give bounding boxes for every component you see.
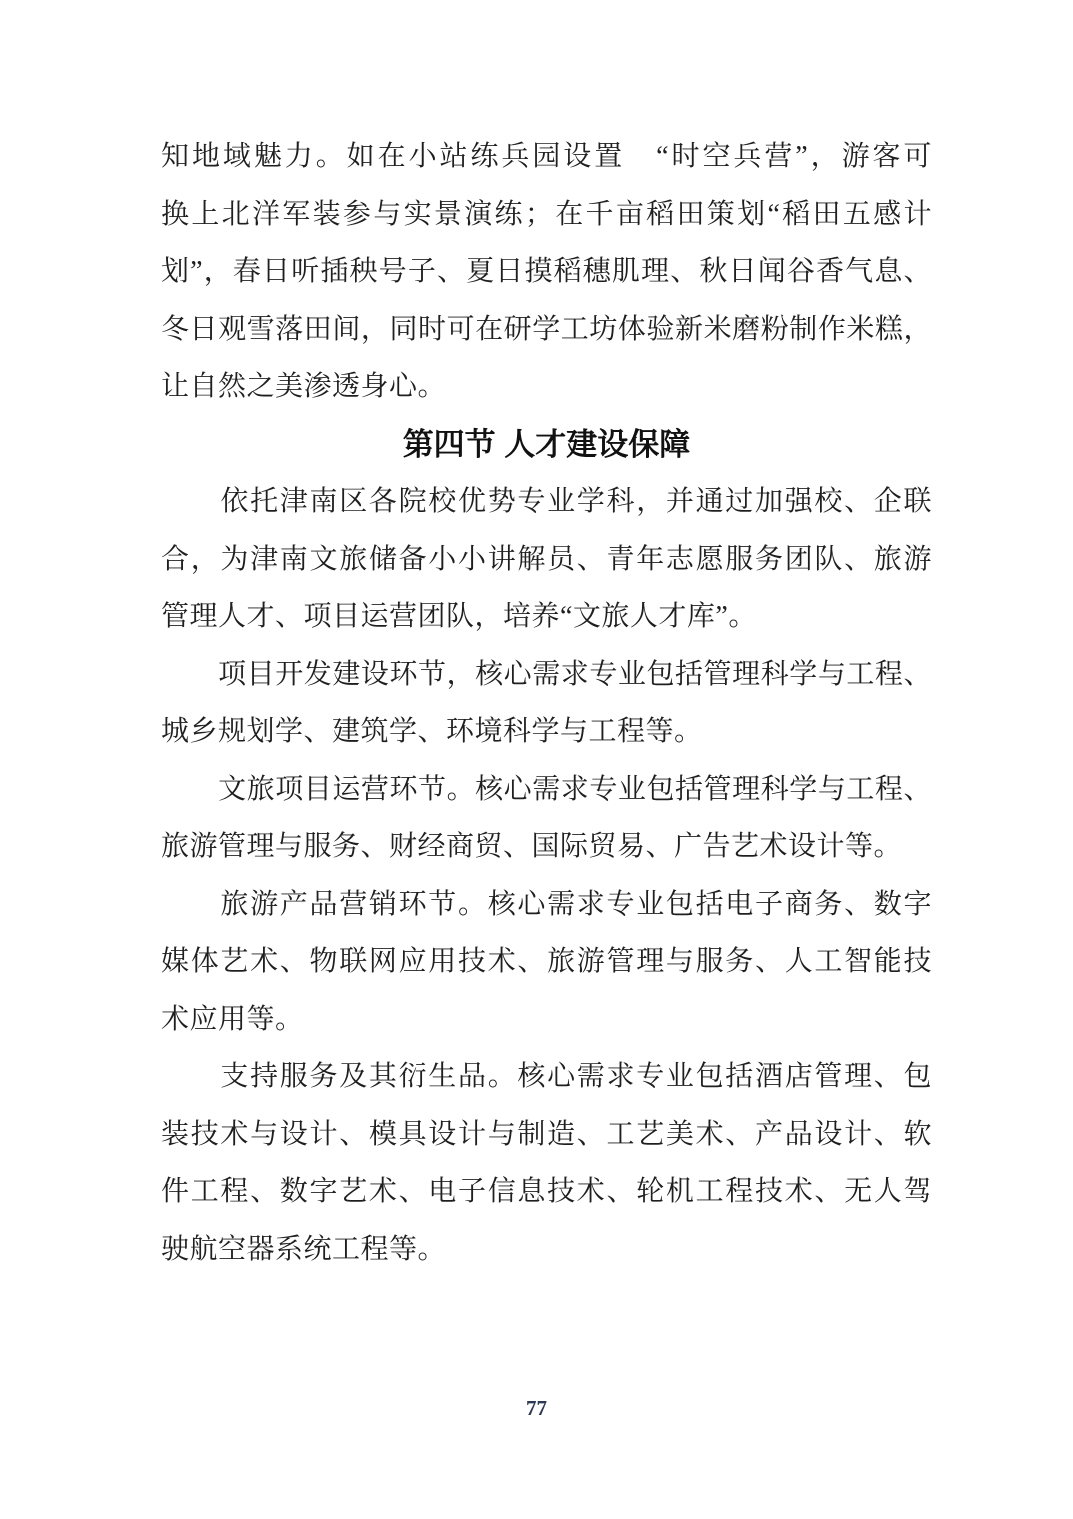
text-line: 让自然之美渗透身心。: [161, 358, 932, 416]
text-line: 冬日观雪落田间，同时可在研学工坊体验新米磨粉制作米糕，: [161, 301, 932, 359]
text-line: 城乡规划学、建筑学、环境科学与工程等。: [161, 703, 932, 761]
text-line: 项目开发建设环节，核心需求专业包括管理科学与工程、: [161, 646, 932, 704]
text-line: 换上北洋军装参与实景演练；在千亩稻田策划“稻田五感计: [161, 186, 932, 244]
text-line: 管理人才、项目运营团队，培养“文旅人才库”。: [161, 588, 932, 646]
paragraph-3: 项目开发建设环节，核心需求专业包括管理科学与工程、 城乡规划学、建筑学、环境科学…: [161, 646, 932, 761]
section-heading: 第四节 人才建设保障: [161, 416, 932, 474]
text-line: 旅游管理与服务、财经商贸、国际贸易、广告艺术设计等。: [161, 818, 932, 876]
paragraph-1: 知地域魅力。如在小站练兵园设置 “时空兵营”，游客可 换上北洋军装参与实景演练；…: [161, 128, 932, 416]
text-line: 合，为津南文旅储备小小讲解员、青年志愿服务团队、旅游: [161, 531, 932, 589]
text-line: 文旅项目运营环节。核心需求专业包括管理科学与工程、: [161, 761, 932, 819]
page-number: 77: [0, 1396, 1073, 1421]
text-line: 术应用等。: [161, 991, 932, 1049]
text-line: 驶航空器系统工程等。: [161, 1221, 932, 1279]
text-line: 装技术与设计、模具设计与制造、工艺美术、产品设计、软: [161, 1106, 932, 1164]
text-line: 依托津南区各院校优势专业学科，并通过加强校、企联: [161, 473, 932, 531]
paragraph-2: 依托津南区各院校优势专业学科，并通过加强校、企联 合，为津南文旅储备小小讲解员、…: [161, 473, 932, 646]
text-block: 知地域魅力。如在小站练兵园设置 “时空兵营”，游客可 换上北洋军装参与实景演练；…: [161, 128, 932, 1278]
paragraph-4: 文旅项目运营环节。核心需求专业包括管理科学与工程、 旅游管理与服务、财经商贸、国…: [161, 761, 932, 876]
document-page: 知地域魅力。如在小站练兵园设置 “时空兵营”，游客可 换上北洋军装参与实景演练；…: [0, 0, 1073, 1519]
paragraph-5: 旅游产品营销环节。核心需求专业包括电子商务、数字 媒体艺术、物联网应用技术、旅游…: [161, 876, 932, 1049]
text-line: 划”，春日听插秧号子、夏日摸稻穗肌理、秋日闻谷香气息、: [161, 243, 932, 301]
text-line: 件工程、数字艺术、电子信息技术、轮机工程技术、无人驾: [161, 1163, 932, 1221]
text-line: 媒体艺术、物联网应用技术、旅游管理与服务、人工智能技: [161, 933, 932, 991]
text-line: 支持服务及其衍生品。核心需求专业包括酒店管理、包: [161, 1048, 932, 1106]
paragraph-6: 支持服务及其衍生品。核心需求专业包括酒店管理、包 装技术与设计、模具设计与制造、…: [161, 1048, 932, 1278]
text-line: 知地域魅力。如在小站练兵园设置 “时空兵营”，游客可: [161, 128, 932, 186]
text-line: 旅游产品营销环节。核心需求专业包括电子商务、数字: [161, 876, 932, 934]
